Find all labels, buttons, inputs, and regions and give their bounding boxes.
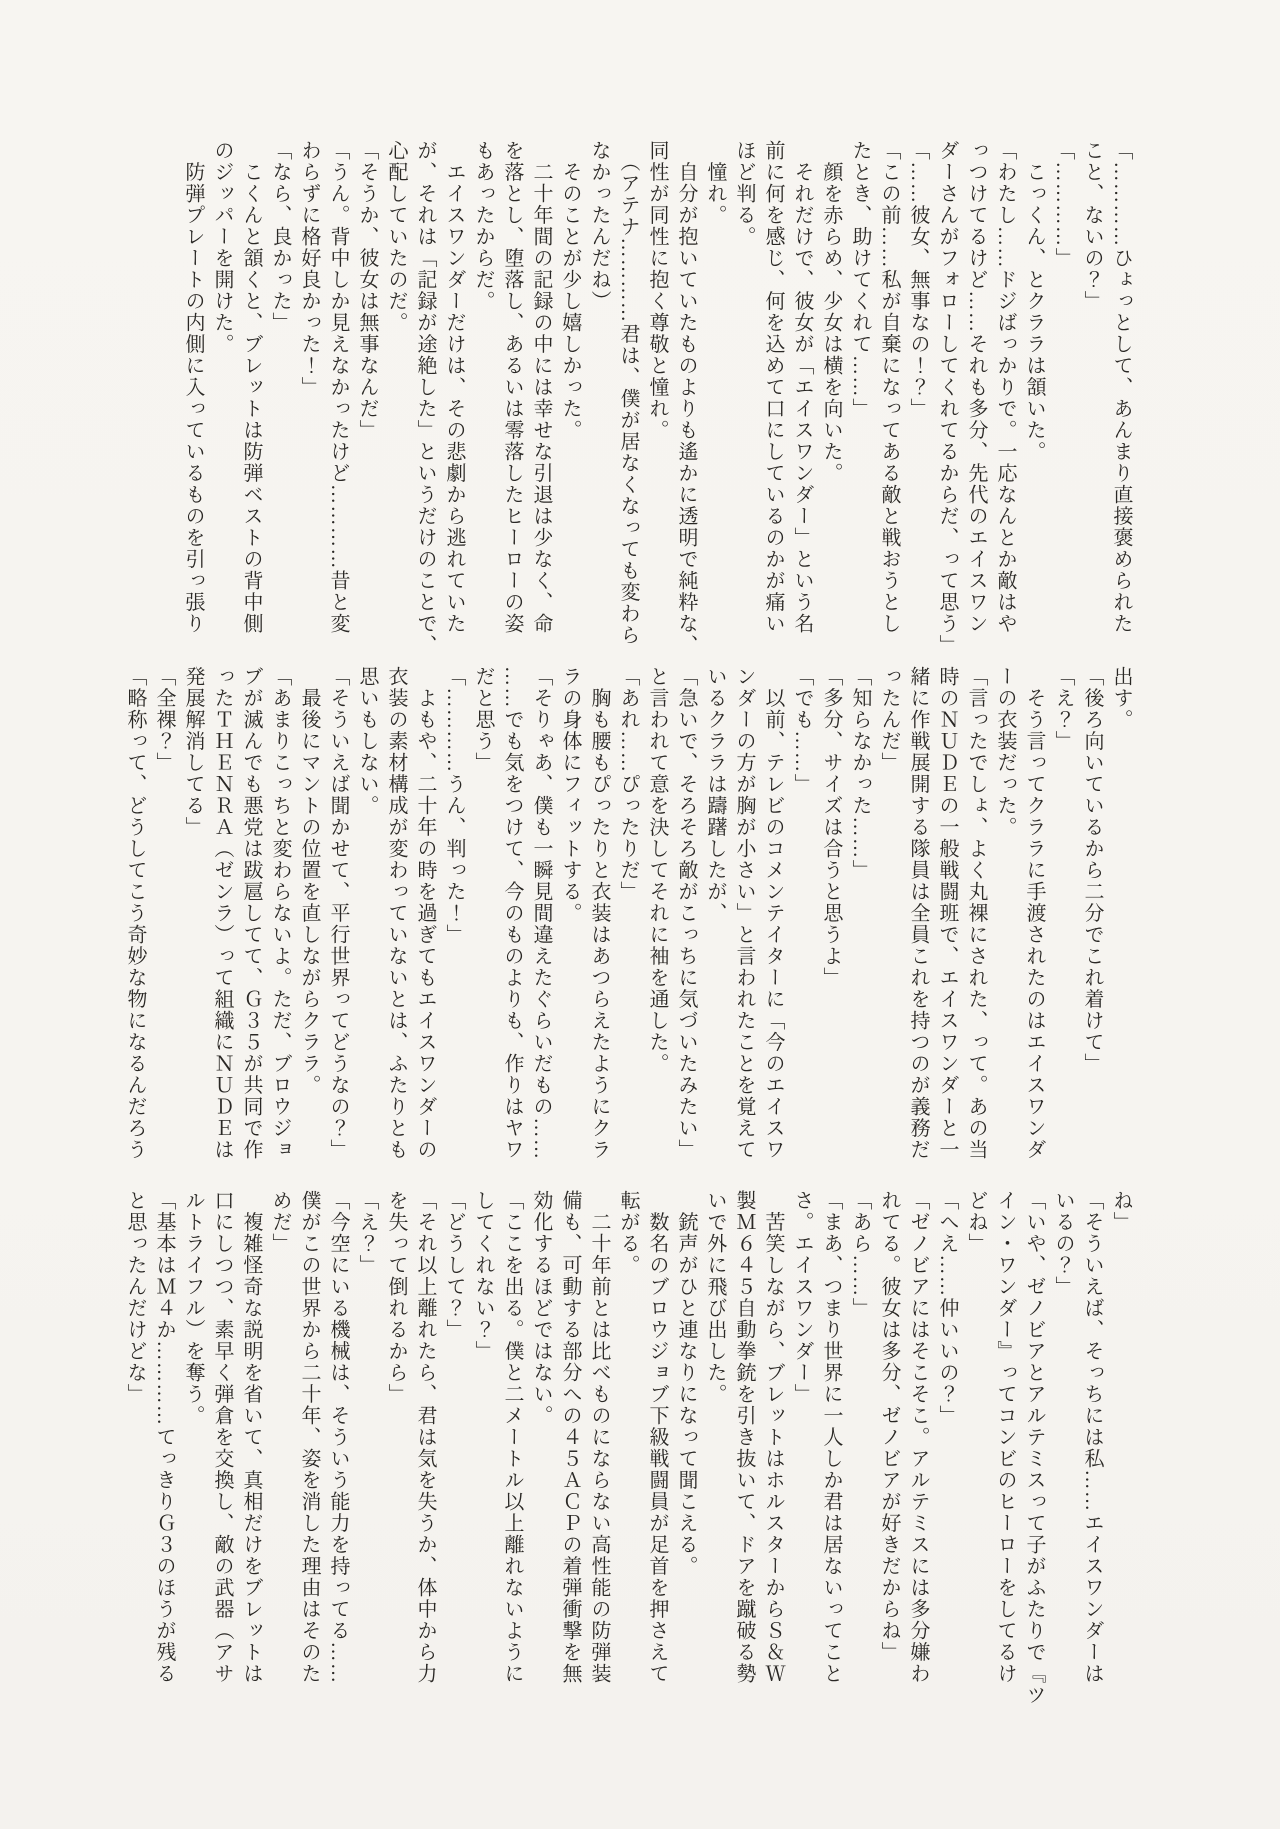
text-column: っつけてるけど……それも多分、先代のエイスワン xyxy=(961,140,990,665)
text-column: 苦笑しながら、ブレットはホルスターからＳ＆Ｗ xyxy=(758,1190,787,1715)
text-column: ほど判る。 xyxy=(729,140,758,665)
text-column: 「後ろ向いているから二分でこれ着けて」 xyxy=(1077,666,1106,1191)
text-column: のジッパーを開けた。 xyxy=(207,140,236,665)
text-column: 「…………ひょっとして、あんまり直接褒められた xyxy=(1106,140,1135,665)
text-column: 同性が同性に抱く尊敬と憧れ。 xyxy=(642,140,671,665)
text-column: 転がる。 xyxy=(613,1190,642,1715)
text-column: 「え？」 xyxy=(352,1190,381,1715)
text-block-bottom: ね」「そういえば、そっちには私……エイスワンダーはいるの？」「いや、ゼノビアとア… xyxy=(120,1190,1135,1715)
text-column: 「ゼノビアにはそこそこ。アルテミスには多分嫌わ xyxy=(903,1190,932,1715)
text-column: 「基本はＭ４か…………てっきりＧ３のほうが残る xyxy=(149,1190,178,1715)
text-column: 「急いで、そろそろ敵がこっちに気づいたみたい」 xyxy=(671,666,700,1191)
text-column: ブが滅んでも悪党は跋扈してて、Ｇ３５が共同で作 xyxy=(236,666,265,1191)
text-column: 胸も腰もぴったりと衣装はあつらえたようにクラ xyxy=(584,666,613,1191)
text-column: 発展解消してる」 xyxy=(178,666,207,1191)
text-column: 自分が抱いていたものよりも遙かに透明で純粋な、 xyxy=(671,140,700,665)
text-column: 「多分、サイズは合うと思うよ」 xyxy=(816,666,845,1191)
scanned-book-page: 「…………ひょっとして、あんまり直接褒められたこと、ないの？」「…………」 こっ… xyxy=(0,0,1280,1829)
text-column: よもや、二十年の時を過ぎてもエイスワンダーの xyxy=(410,666,439,1191)
text-column: 「へえ……仲いいの？」 xyxy=(932,1190,961,1715)
text-column: 「でも……」 xyxy=(787,666,816,1191)
text-column: 複雑怪奇な説明を省いて、真相だけをブレットは xyxy=(236,1190,265,1715)
text-column: ーの衣装だった。 xyxy=(990,666,1019,1191)
text-column: 「あれ……ぴったりだ」 xyxy=(613,666,642,1191)
text-column: めだ」 xyxy=(265,1190,294,1715)
text-column: 「知らなかった……」 xyxy=(845,666,874,1191)
text-column: を失って倒れるから」 xyxy=(381,1190,410,1715)
text-column: 二十年間の記録の中には幸せな引退は少なく、命 xyxy=(526,140,555,665)
text-column: それだけで、彼女が「エイスワンダー」という名 xyxy=(787,140,816,665)
text-column: 製Ｍ６４５自動拳銃を引き抜いて、ドアを蹴破る勢 xyxy=(729,1190,758,1715)
text-column: ったんだ」 xyxy=(874,666,903,1191)
text-column: 「そりゃあ、僕も一瞬見間違えたぐらいだもの…… xyxy=(526,666,555,1191)
text-column: ンダーの方が胸が小さい」と言われたことを覚えて xyxy=(729,666,758,1191)
text-column: 僕がこの世界から二十年、姿を消した理由はそのた xyxy=(294,1190,323,1715)
text-column: なかったんだね） xyxy=(584,140,613,665)
text-column: こくんと頷くと、ブレットは防弾ベストの背中側 xyxy=(236,140,265,665)
text-column: が、それは「記録が途絶した」というだけのことで、 xyxy=(410,140,439,665)
text-column: どね」 xyxy=(961,1190,990,1715)
text-block-top: 「…………ひょっとして、あんまり直接褒められたこと、ないの？」「…………」 こっ… xyxy=(178,140,1135,665)
text-column: イン・ワンダー』ってコンビのヒーローをしてるけ xyxy=(990,1190,1019,1715)
text-column: さ。エイスワンダー」 xyxy=(787,1190,816,1715)
text-column: もあったからだ。 xyxy=(468,140,497,665)
text-column: 「ここを出る。僕と二メートル以上離れないように xyxy=(497,1190,526,1715)
text-column: 備も、可動する部分への４５ＡＣＰの着弾衝撃を無 xyxy=(555,1190,584,1715)
text-column: 防弾プレートの内側に入っているものを引っ張り xyxy=(178,140,207,665)
text-column: と思ったんだけどな」 xyxy=(120,1190,149,1715)
text-column: いるの？」 xyxy=(1048,1190,1077,1715)
text-column: エイスワンダーだけは、その悲劇から逃れていた xyxy=(439,140,468,665)
text-column: ったＴＨＥＮＲＡ（ゼンラ）って組織にＮＵＤＥは xyxy=(207,666,236,1191)
text-column: 二十年前とは比べものにならない高性能の防弾装 xyxy=(584,1190,613,1715)
text-column: 「あら……」 xyxy=(845,1190,874,1715)
text-column: 「わたし……ドジばっかりで。一応なんとか敵はや xyxy=(990,140,1019,665)
text-column: 「…………」 xyxy=(1048,140,1077,665)
text-column: 「……彼女、無事なの！？」 xyxy=(903,140,932,665)
text-column: 「…………うん、判った！」 xyxy=(439,666,468,1191)
text-column: 「そうか、彼女は無事なんだ」 xyxy=(352,140,381,665)
text-column: こと、ないの？」 xyxy=(1077,140,1106,665)
text-column: 緒に作戦展開する隊員は全員これを持つのが義務だ xyxy=(903,666,932,1191)
text-column: 顔を赤らめ、少女は横を向いた。 xyxy=(816,140,845,665)
text-column: 銃声がひと連なりになって聞こえる。 xyxy=(671,1190,700,1715)
text-column: （アテナ…………君は、僕が居なくなっても変わら xyxy=(613,140,642,665)
text-column: いるクララは躊躇したが、 xyxy=(700,666,729,1191)
text-column: 「そういえば、そっちには私……エイスワンダーは xyxy=(1077,1190,1106,1715)
text-column: わらずに格好良かった！」 xyxy=(294,140,323,665)
text-column: 最後にマントの位置を直しながらクララ。 xyxy=(294,666,323,1191)
text-column: 「それ以上離れたら、君は気を失うか、体中から力 xyxy=(410,1190,439,1715)
text-column: 「全裸？」 xyxy=(149,666,178,1191)
text-column: 効化するほどではない。 xyxy=(526,1190,555,1715)
text-column: 「なら、良かった」 xyxy=(265,140,294,665)
text-column: こっくん、とクララは頷いた。 xyxy=(1019,140,1048,665)
text-column: 前に何を感じ、何を込めて口にしているのかが痛い xyxy=(758,140,787,665)
text-column: 「略称って、どうしてこう奇妙な物になるんだろう xyxy=(120,666,149,1191)
text-column: いで外に飛び出した。 xyxy=(700,1190,729,1715)
text-column: 「いや、ゼノビアとアルテミスって子がふたりで『ツ xyxy=(1019,1190,1048,1715)
text-column: 衣装の素材構成が変わっていないとは、ふたりとも xyxy=(381,666,410,1191)
text-column: 「言ったでしょ、よく丸裸にされた、って。あの当 xyxy=(961,666,990,1191)
text-column: と言われて意を決してそれに袖を通した。 xyxy=(642,666,671,1191)
text-column: だと思う」 xyxy=(468,666,497,1191)
text-column: を落とし、堕落し、あるいは零落したヒーローの姿 xyxy=(497,140,526,665)
text-column: 数名のブロウジョブ下級戦闘員が足首を押さえて xyxy=(642,1190,671,1715)
text-column: してくれない？」 xyxy=(468,1190,497,1715)
text-column: そう言ってクララに手渡されたのはエイスワンダ xyxy=(1019,666,1048,1191)
text-column: たとき、助けてくれて……」 xyxy=(845,140,874,665)
text-column: 「そういえば聞かせて、平行世界ってどうなの？」 xyxy=(323,666,352,1191)
text-column: そのことが少し嬉しかった。 xyxy=(555,140,584,665)
text-column: ルトライフル）を奪う。 xyxy=(178,1190,207,1715)
text-column: ね」 xyxy=(1106,1190,1135,1715)
text-column: 「まあ、つまり世界に一人しか君は居ないってこと xyxy=(816,1190,845,1715)
text-column: 憧れ。 xyxy=(700,140,729,665)
text-column: 「あまりこっちと変わらないよ。ただ、ブロウジョ xyxy=(265,666,294,1191)
text-column: 口にしつつ、素早く弾倉を交換し、敵の武器（アサ xyxy=(207,1190,236,1715)
text-column: 時のＮＵＤＥの一般戦闘班で、エイスワンダーと一 xyxy=(932,666,961,1191)
text-block-middle: 出す。「後ろ向いているから二分でこれ着けて」「え？」 そう言ってクララに手渡され… xyxy=(120,666,1135,1191)
text-column: ダーさんがフォローしてくれてるからだ、って思う」 xyxy=(932,140,961,665)
text-column: 心配していたのだ。 xyxy=(381,140,410,665)
text-column: 思いもしない。 xyxy=(352,666,381,1191)
text-column: ……でも気をつけて、今のものよりも、作りはヤワ xyxy=(497,666,526,1191)
text-column: 「この前……私が自棄になってある敵と戦おうとし xyxy=(874,140,903,665)
text-column: れてる。彼女は多分、ゼノビアが好きだからね」 xyxy=(874,1190,903,1715)
text-column: 「どうして？」 xyxy=(439,1190,468,1715)
text-column: 出す。 xyxy=(1106,666,1135,1191)
text-column: 「うん。背中しか見えなかったけど…………昔と変 xyxy=(323,140,352,665)
text-column: ラの身体にフィットする。 xyxy=(555,666,584,1191)
text-column: 以前、テレビのコメンテイターに「今のエイスワ xyxy=(758,666,787,1191)
text-column: 「今空にいる機械は、そういう能力を持ってる…… xyxy=(323,1190,352,1715)
text-column: 「え？」 xyxy=(1048,666,1077,1191)
